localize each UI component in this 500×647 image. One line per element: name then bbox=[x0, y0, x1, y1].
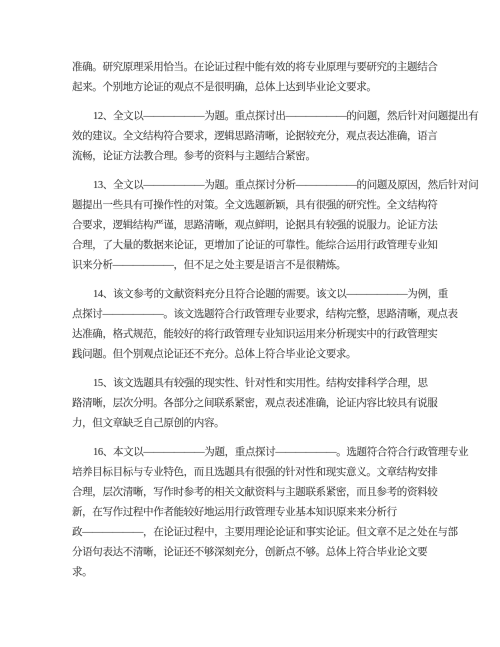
text-line: 准确。研究原理采用恰当。在论证过程中能有效的将专业原理与要研究的主题结合 bbox=[72, 58, 440, 78]
text-line: 15、该文选题具有较强的现实性、针对性和实用性。结构安排科学合理，思 bbox=[72, 374, 440, 394]
text-line: 求。 bbox=[72, 563, 440, 583]
text-line: 新，在写作过程中作者能较好地运用行政管理专业基本知识原来来分析行 bbox=[72, 503, 440, 523]
text-line: 12、全文以——————为题。重点探讨出——————的问题，然后针对问题提出有 bbox=[72, 107, 440, 127]
text-line: 题提出一些具有可操作性的对策。全文选题新颖，具有很强的研究性。全文结构符 bbox=[72, 196, 440, 216]
document-page: 准确。研究原理采用恰当。在论证过程中能有效的将专业原理与要研究的主题结合起来。个… bbox=[0, 0, 500, 647]
paragraph: 15、该文选题具有较强的现实性、针对性和实用性。结构安排科学合理，思路清晰，层次… bbox=[72, 374, 440, 434]
paragraph: 14、该文参考的文献资料充分且符合论题的需要。该文以——————为例，重点探讨—… bbox=[72, 285, 440, 365]
text-line: 力，但文章缺乏自己原创的内容。 bbox=[72, 414, 440, 434]
text-line: 流畅，论证方法教合理。参考的资料与主题结合紧密。 bbox=[72, 147, 440, 167]
paragraph: 16、本文以——————为题，重点探讨——————。选题符合符合行政管理专业培养… bbox=[72, 443, 440, 583]
text-line: 效的建议。全文结构符合要求，逻辑思路清晰，论据较充分，观点表达准确，语言 bbox=[72, 127, 440, 147]
paragraph: 12、全文以——————为题。重点探讨出——————的问题，然后针对问题提出有效… bbox=[72, 107, 440, 167]
paragraph: 13、全文以——————为题。重点探讨分析——————的问题及原因，然后针对问题… bbox=[72, 176, 440, 276]
text-line: 合理，了大量的数据来论证，更增加了论证的可靠性。能综合运用行政管理专业知 bbox=[72, 236, 440, 256]
text-block: 准确。研究原理采用恰当。在论证过程中能有效的将专业原理与要研究的主题结合起来。个… bbox=[72, 58, 440, 592]
text-line: 点探讨——————。该文选题符合行政管理专业要求，结构完整，思路清晰，观点表 bbox=[72, 305, 440, 325]
text-line: 识来分析——————，但不足之处主要是语言不是很精炼。 bbox=[72, 256, 440, 276]
text-line: 培养目标目标与专业特色，而且选题具有很强的针对性和现实意义。文章结构安排 bbox=[72, 463, 440, 483]
text-line: 14、该文参考的文献资料充分且符合论题的需要。该文以——————为例，重 bbox=[72, 285, 440, 305]
text-line: 起来。个别地方论证的观点不是很明确，总体上达到毕业论文要求。 bbox=[72, 78, 440, 98]
text-line: 分语句表达不清晰，论证还不够深刻充分，创新点不够。总体上符合毕业论文要 bbox=[72, 543, 440, 563]
text-line: 政——————，在论证过程中，主要用理论论证和事实论证。但文章不足之处在与部 bbox=[72, 523, 440, 543]
text-line: 达准确，格式规范，能较好的将行政管理专业知识运用来分析现实中的行政管理实 bbox=[72, 325, 440, 345]
text-line: 践问题。但个别观点论证还不充分。总体上符合毕业论文要求。 bbox=[72, 345, 440, 365]
text-line: 13、全文以——————为题。重点探讨分析——————的问题及原因，然后针对问 bbox=[72, 176, 440, 196]
text-line: 合理，层次清晰，写作时参考的相关文献资料与主题联系紧密，而且参考的资料较 bbox=[72, 483, 440, 503]
text-line: 16、本文以——————为题，重点探讨——————。选题符合符合行政管理专业 bbox=[72, 443, 440, 463]
paragraph: 准确。研究原理采用恰当。在论证过程中能有效的将专业原理与要研究的主题结合起来。个… bbox=[72, 58, 440, 98]
text-line: 合要求，逻辑结构严谨，思路清晰，观点鲜明，论据具有较强的说服力。论证方法 bbox=[72, 216, 440, 236]
text-line: 路清晰，层次分明。各部分之间联系紧密，观点表述准确，论证内容比较具有说服 bbox=[72, 394, 440, 414]
